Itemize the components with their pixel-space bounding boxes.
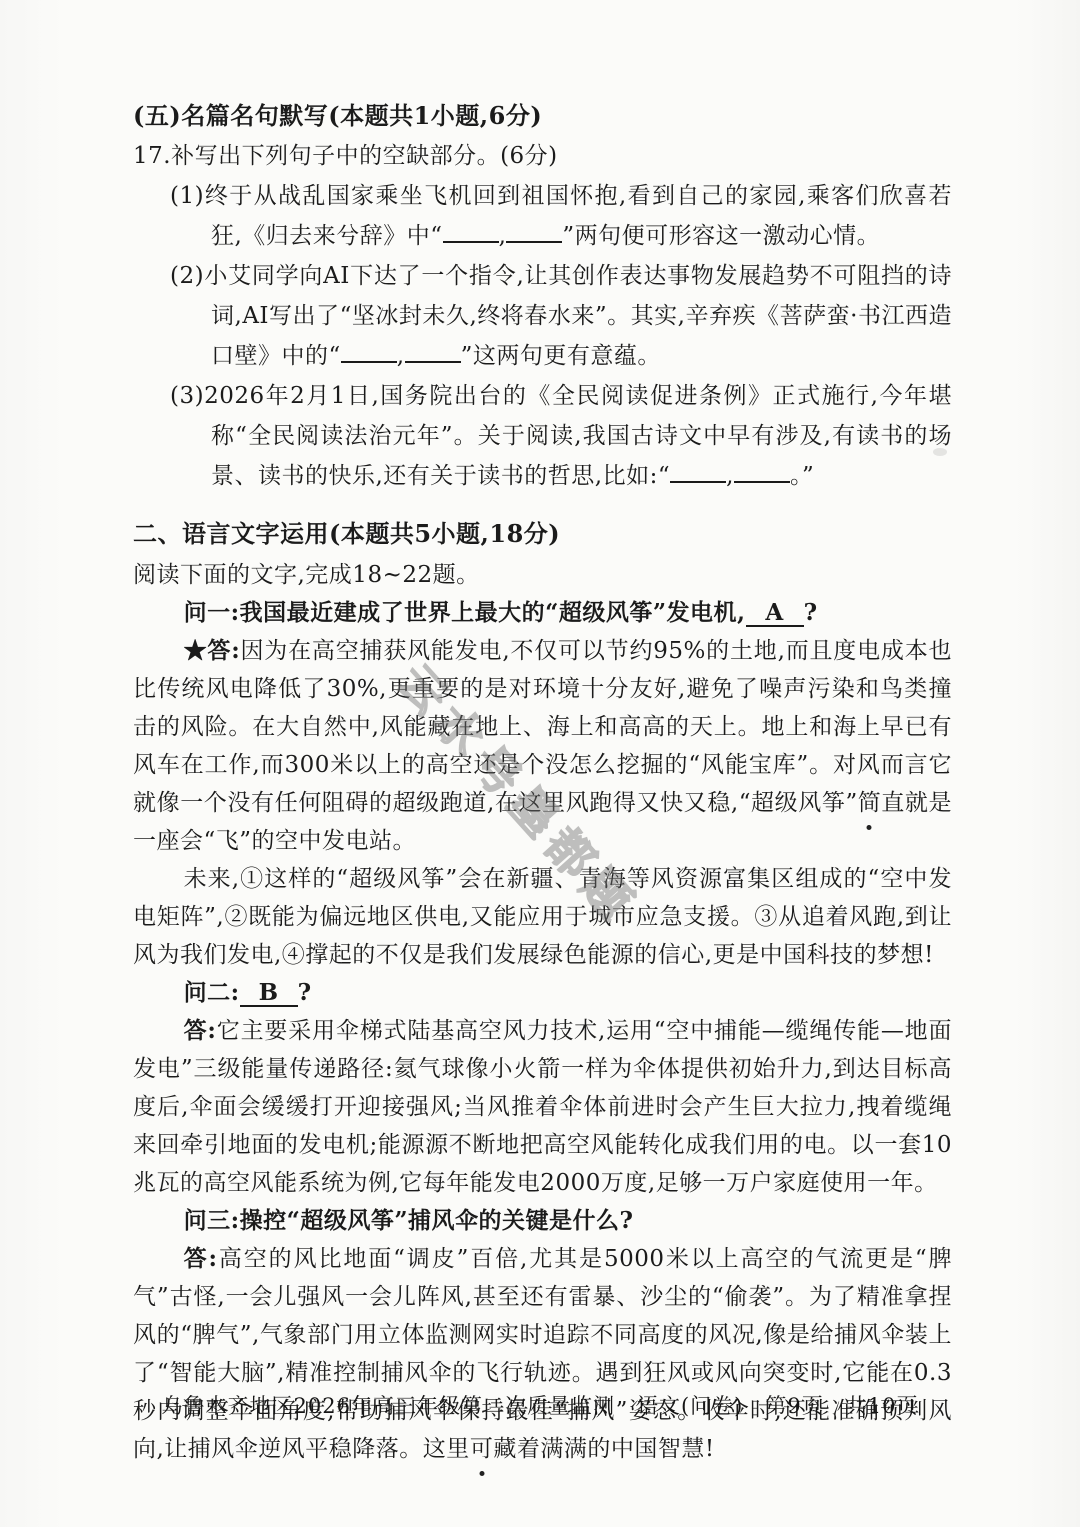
exam-page: (五)名篇名句默写(本题共1小题,6分) 17.补写出下列句子中的空缺部分。(6…: [0, 0, 1080, 1527]
question-2: 问二:B?: [133, 974, 952, 1012]
emphasized-char: 可: [470, 1430, 494, 1468]
question-3-text: 操控“超级风筝”捕风伞的关键是什么?: [240, 1207, 634, 1234]
section-dictation-heading: (五)名篇名句默写(本题共1小题,6分): [133, 96, 952, 136]
question-1: 问一:我国最近建成了世界上最大的“超级风筝”发电机,A?: [133, 594, 952, 632]
item-2-text-post: ”这两句更有意蕴。: [461, 343, 661, 369]
item-1-text-post: ”两句便可形容这一激动心情。: [562, 223, 880, 249]
answer-2-label: 答:: [184, 1017, 217, 1044]
answer-3-text-2: 藏着满满的中国智慧!: [493, 1436, 714, 1462]
answer-blank: [405, 357, 461, 363]
answer-3-paragraph: 答:高空的风比地面“调皮”百倍,尤其是5000米以上高空的气流更是“脾气”古怪,…: [133, 1240, 952, 1468]
section-dictation: (五)名篇名句默写(本题共1小题,6分) 17.补写出下列句子中的空缺部分。(6…: [133, 96, 952, 496]
question-17-item-3: (3)2026年2月1日,国务院出台的《全民阅读促进条例》正式施行,今年堪称“全…: [133, 376, 952, 496]
question-3-label: 问三:: [184, 1207, 240, 1234]
star-icon: ★: [184, 637, 208, 664]
answer-blank: [734, 477, 790, 483]
answer-1-label: 答:: [207, 637, 240, 664]
answer-blank: [341, 357, 397, 363]
answer-1-text-1: 因为在高空捕获风能发电,不仅可以节约95%的土地,而且度电成本也比传统风电降低了…: [133, 638, 952, 816]
question-3: 问三:操控“超级风筝”捕风伞的关键是什么?: [133, 1202, 952, 1240]
answer-blank: [443, 237, 499, 243]
question-1-mark: ?: [804, 599, 818, 626]
answer-1-paragraph-2: 未来,①这样的“超级风筝”会在新疆、青海等风资源富集区组成的“空中发电矩阵”,②…: [133, 860, 952, 974]
blank-B: B: [240, 981, 298, 1007]
question-1-text: 我国最近建成了世界上最大的“超级风筝”发电机,: [240, 599, 746, 626]
item-3-comma: ,: [726, 463, 734, 489]
blank-A: A: [746, 601, 804, 627]
question-17-item-2: (2)小艾同学向AI下达了一个指令,让其创作表达事物发展趋势不可阻挡的诗词,AI…: [133, 256, 952, 376]
answer-1-paragraph-1: ★答:因为在高空捕获风能发电,不仅可以节约95%的土地,而且度电成本也比传统风电…: [133, 632, 952, 860]
page-footer: 乌鲁木齐地区2026年高三年级第二次质量监测 语文(问卷) 第9页 共10页: [0, 1390, 1080, 1420]
question-2-label: 问二:: [184, 979, 240, 1006]
emphasized-char: 简: [858, 784, 882, 822]
question-2-mark: ?: [298, 979, 312, 1006]
question-17-item-1: (1)终于从战乱国家乘坐飞机回到祖国怀抱,看到自己的家园,乘客们欣喜若狂,《归去…: [133, 176, 952, 256]
answer-2-paragraph: 答:它主要采用伞梯式陆基高空风力技术,运用“空中捕能—缆绳传能—地面发电”三级能…: [133, 1012, 952, 1202]
question-17-stem: 17.补写出下列句子中的空缺部分。(6分): [133, 136, 952, 176]
answer-3-text-1: 高空的风比地面“调皮”百倍,尤其是5000米以上高空的气流更是“脾气”古怪,一会…: [133, 1246, 952, 1462]
answer-blank: [670, 477, 726, 483]
section-language-use: 二、语言文字运用(本题共5小题,18分) 阅读下面的文字,完成18~22题。 问…: [133, 512, 952, 1468]
reading-instruction: 阅读下面的文字,完成18~22题。: [133, 556, 952, 594]
answer-blank: [506, 237, 562, 243]
item-3-text-pre: (3)2026年2月1日,国务院出台的《全民阅读促进条例》正式施行,今年堪称“全…: [170, 383, 952, 489]
item-3-text-post: 。”: [790, 463, 814, 489]
item-2-comma: ,: [397, 343, 405, 369]
item-1-comma: ,: [499, 223, 507, 249]
answer-2-text: 它主要采用伞梯式陆基高空风力技术,运用“空中捕能—缆绳传能—地面发电”三级能量传…: [133, 1018, 952, 1196]
section-language-heading: 二、语言文字运用(本题共5小题,18分): [133, 512, 952, 556]
answer-3-label: 答:: [184, 1245, 218, 1272]
scan-artifact: [933, 448, 947, 456]
question-1-label: 问一:: [184, 599, 240, 626]
